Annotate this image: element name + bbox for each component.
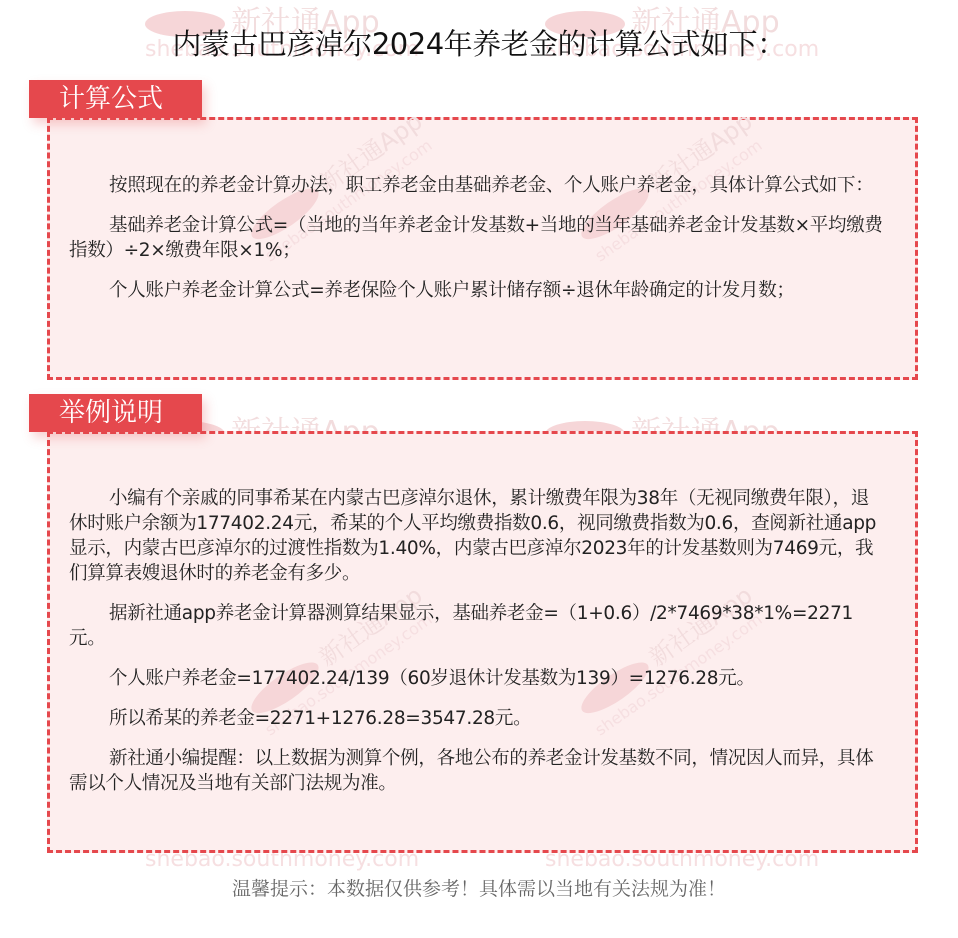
paragraph: 小编有个亲戚的同事希某在内蒙古巴彦淖尔退休，累计缴费年限为38年（无视同缴费年限…: [69, 486, 885, 586]
section-tag-formula: 计算公式: [29, 80, 202, 118]
paragraph: 个人账户养老金计算公式=养老保险个人账户累计储存额÷退休年龄确定的计发月数；: [69, 278, 885, 303]
paragraph: 据新社通app养老金计算器测算结果显示，基础养老金=（1+0.6）/2*7469…: [69, 601, 885, 651]
footer-note: 温馨提示：本数据仅供参考！具体需以当地有关法规为准！: [0, 874, 958, 901]
section-tag-example: 举例说明: [29, 394, 202, 432]
paragraph: 基础养老金计算公式=（当地的当年养老金计发基数+当地的当年基础养老金计发基数×平…: [69, 213, 885, 263]
paragraph: 个人账户养老金=177402.24/139（60岁退休计发基数为139）=127…: [69, 666, 885, 691]
page-title: 内蒙古巴彦淖尔2024年养老金的计算公式如下：: [0, 22, 958, 63]
paragraph: 新社通小编提醒：以上数据为测算个例，各地公布的养老金计发基数不同，情况因人而异，…: [69, 746, 885, 796]
paragraph: 所以希某的养老金=2271+1276.28=3547.28元。: [69, 706, 885, 731]
formula-box: 新社通App shebao.southmoney.com 新社通App sheb…: [47, 117, 918, 380]
example-box: 新社通App shebao.southmoney.com 新社通App sheb…: [47, 431, 918, 853]
paragraph: 按照现在的养老金计算办法，职工养老金由基础养老金、个人账户养老金，具体计算公式如…: [69, 173, 885, 198]
